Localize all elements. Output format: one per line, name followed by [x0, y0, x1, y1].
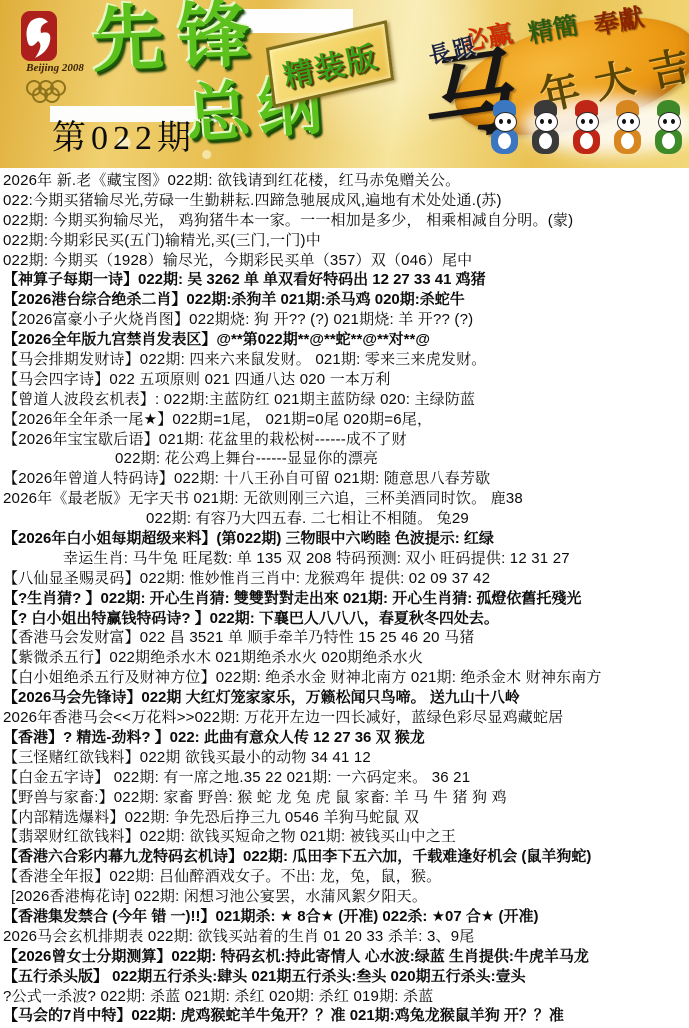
tip-line: 【? 白小姐出特赢钱特码诗? 】022期: 下襄巴人八八八，春夏秋冬四处去。 — [0, 609, 689, 629]
tip-line: 【五行杀头版】 022期五行杀头:肆头 021期五行杀头:叁头 020期五行杀头… — [0, 967, 689, 987]
tip-line: 【马会排期发财诗】022期: 四来六来鼠发财。 021期: 零来三来虎发财。 — [0, 350, 689, 370]
tip-line: 【2026全年版九宫禁肖发表区】@**第022期**@**蛇**@**对**@ — [0, 330, 689, 350]
beijing-2008-wordmark: Beijing 2008 — [14, 62, 96, 74]
tip-line: 022期: 今期买狗输尽光， 鸡狗猪牛本一家。一一相加是多少， 相乘相减自分明。… — [0, 211, 689, 231]
tip-line: 【2026年全年杀一尾★】022期=1尾， 021期=0尾 020期=6尾， — [0, 410, 689, 430]
mascot-beibei-blue-icon — [487, 101, 522, 157]
tip-line: 【神算子每期一诗】022期: 吴 3262 单 单双看好特码出 12 27 33… — [0, 270, 689, 290]
mascot-yingying-orange-icon — [610, 101, 645, 157]
tip-line: 【白金五字诗】 022期: 有一席之地.35 22 021期: 一六码定来。 3… — [0, 768, 689, 788]
tip-line: 【香港全年报】022期: 吕仙醉酒戏女子。不出: 龙，兔，鼠，猴。 — [0, 867, 689, 887]
tip-line: 【紫微杀五行】022期绝杀水木 021期绝杀水火 020期绝杀水火 — [0, 648, 689, 668]
tip-line: 022期:今期彩民买(五门)输精光,买(三门,一门)中 — [0, 231, 689, 251]
slogan-word: 精簡 — [525, 6, 581, 51]
edition-badge-label: 精装版 — [278, 32, 381, 96]
tip-line: 【翡翠财红欲钱料】022期: 欲钱买短命之物 021期: 被钱买山中之王 — [0, 827, 689, 847]
tip-line: 【曾道人波段玄机表】: 022期:主蓝防红 021期主蓝防绿 020: 主绿防蓝 — [0, 390, 689, 410]
mascot-huanhuan-red-icon — [569, 101, 604, 157]
tip-line: 【八仙显圣赐灵码】022期: 惟妙惟肖三肖中: 龙猴鸡年 提供: 02 09 3… — [0, 569, 689, 589]
tip-line: 【内部精选爆料】022期: 争先恐后挣三九 0546 羊狗马蛇鼠 双 — [0, 808, 689, 828]
tip-line: 022期: 今期买（1928）输尽光，今期彩民买单（357）双（046）尾中 — [0, 251, 689, 271]
tips-list: 2026年 新.老《藏宝图》022期: 欲钱请到红花楼，红马赤兔赠关公。022:… — [0, 168, 689, 1028]
masthead: Beijing 2008 先锋 总纲 第022期 精装版 必赢精簡奉獻 長跟 马… — [0, 0, 689, 168]
olympic-rings-icon — [22, 80, 92, 102]
tip-line: 【2026富豪小子火烧肖图】022期烧: 狗 开?? (?) 021期烧: 羊 … — [0, 310, 689, 330]
tip-line: 【2026曾女士分期测算】022期: 特码玄机:持此寄情人 心水波:绿蓝 生肖提… — [0, 947, 689, 967]
masthead-title-line1: 先锋 — [91, 0, 265, 77]
tip-line: 【白小姐绝杀五行及财神方位】022期: 绝杀水金 财神北南方 021期: 绝杀金… — [0, 668, 689, 688]
tip-line: 【2026年白小姐每期超级来料】(第022期) 三物眼中六哟睦 色波提示: 红绿 — [0, 529, 689, 549]
mascot-nini-green-icon — [651, 101, 686, 157]
edition-badge: 精装版 — [266, 20, 394, 108]
tip-line: 2026马会玄机排期表 022期: 欲钱买站着的生肖 01 20 33 杀羊: … — [0, 927, 689, 947]
tip-line: 幸运生肖: 马牛兔 旺尾数: 单 135 双 208 特码预测: 双小 旺码提供… — [0, 549, 689, 569]
tip-line: 【?生肖猜? 】022期: 开心生肖猜: 雙雙對對走出來 021期: 开心生肖猜… — [0, 589, 689, 609]
tip-line: 【野兽与家畜:】022期: 家畜 野兽: 猴 蛇 龙 兔 虎 鼠 家畜: 羊 马… — [0, 788, 689, 808]
tip-line: 2026年《最老版》无字天书 021期: 无欲则刚三六追，三杯美酒同时饮。 鹿3… — [0, 489, 689, 509]
tip-line: 【2026年宝宝歇后语】021期: 花盆里的栽松树------成不了财 — [0, 430, 689, 450]
tip-line: 【香港】? 精选-劲料? 】022: 此曲有意众人传 12 27 36 双 猴龙 — [0, 728, 689, 748]
tip-line: 022期: 有容乃大四五春. 二七相让不相随。 兔29 — [0, 509, 689, 529]
tip-line: 022:今期买猪输尽光,劳碌一生勤耕耘.四蹄急驰展成风,遍地有术处处通.(苏) — [0, 191, 689, 211]
tip-line: 【2026港台综合绝杀二肖】022期:杀狗羊 021期:杀马鸡 020期:杀蛇牛 — [0, 290, 689, 310]
tip-line: 【香港马会发财富】022 昌 3521 单 顺手牵羊乃特性 15 25 46 2… — [0, 628, 689, 648]
tip-line: 【马会四字诗】022 五项原则 021 四通八达 020 一本万利 — [0, 370, 689, 390]
tip-line: 2026年 新.老《藏宝图》022期: 欲钱请到红花楼，红马赤兔赠关公。 — [0, 171, 689, 191]
tip-line: 2026年香港马会<<万花料>>022期: 万花开左边一四长减好，蓝绿色彩尽显鸡… — [0, 708, 689, 728]
dancing-beijing-seal-icon — [20, 10, 58, 62]
mascot-jingjing-panda-icon — [528, 101, 563, 157]
beijing-2008-emblem: Beijing 2008 — [20, 10, 90, 110]
fuwa-mascots-row — [487, 101, 686, 157]
tip-line: 【香港六合彩内幕九龙特码玄机诗】022期: 瓜田李下五六加，千载难逢好机会 (鼠… — [0, 847, 689, 867]
tip-sheet-page: Beijing 2008 先锋 总纲 第022期 精装版 必赢精簡奉獻 長跟 马… — [0, 0, 689, 1028]
tip-line: 【香港集发禁合 (今年 错 一)!!】021期杀: ★ 8合★ (开准) 022… — [0, 907, 689, 927]
tip-line: 【2026年曾道人特码诗】022期: 十八王孙自可留 021期: 随意思八春芳歇 — [0, 469, 689, 489]
tip-line: 【2026马会先锋诗】022期 大红灯笼家家乐，万籁松闻只鸟啼。 送九山十八岭 — [0, 688, 689, 708]
tip-line: ?公式一杀波? 022期: 杀蓝 021期: 杀红 020期: 杀红 019期:… — [0, 987, 689, 1007]
tip-line: 【马会的7肖中特】022期: 虎鸡猴蛇羊牛兔开？？准 021期:鸡兔龙猴鼠羊狗 … — [0, 1006, 689, 1026]
tip-line: 022期: 花公鸡上舞台------显显你的漂亮 — [0, 449, 689, 469]
tip-line: [2026香港梅花诗] 022期: 闲想习池公宴罢，水蒲风絮夕阳天。 — [0, 887, 689, 907]
issue-number-label: 第022期 — [52, 110, 196, 159]
tip-line: 【三怪赌红欲钱料】022期 欲钱买最小的动物 34 41 12 — [0, 748, 689, 768]
